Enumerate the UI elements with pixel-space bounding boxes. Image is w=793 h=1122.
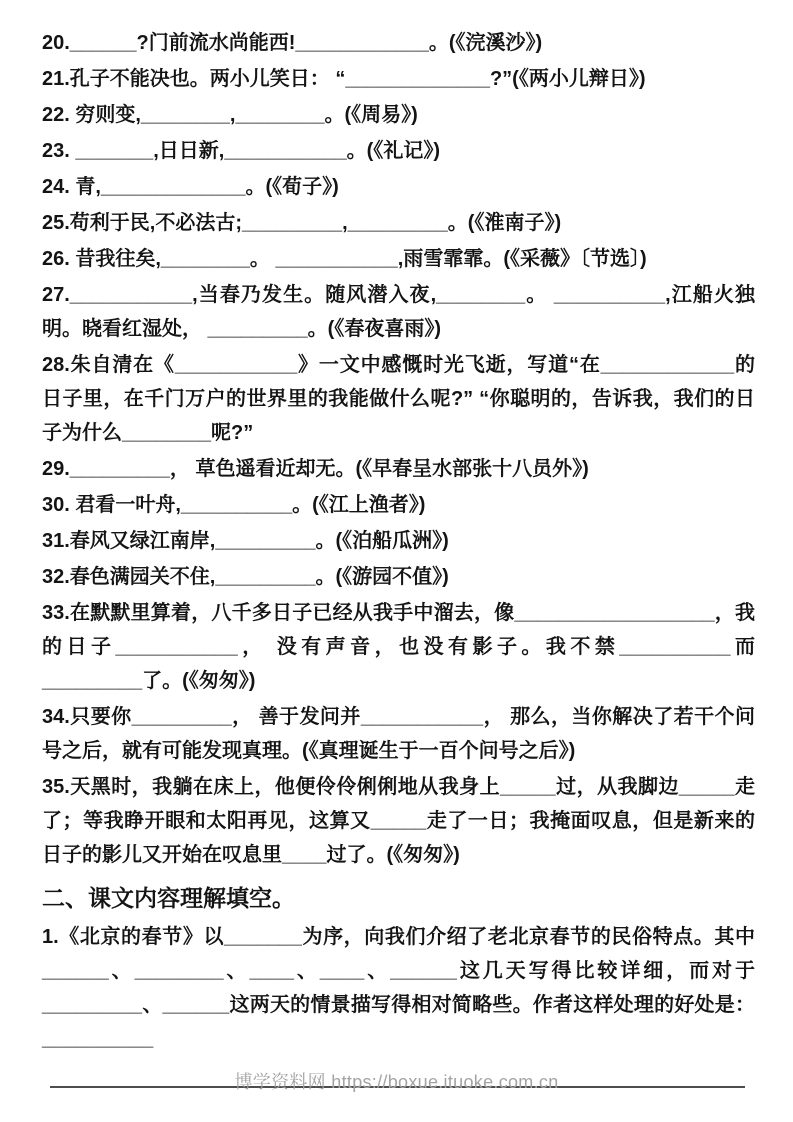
question-34: 34.只要你_________， 善于发问并___________， 那么，当你… xyxy=(42,700,755,768)
question-35: 35.天黑时，我躺在床上，他便伶伶俐俐地从我身上_____过，从我脚边_____… xyxy=(42,770,755,872)
footer-watermark-text: 博学资料网 https://boxue.ituoke.com.cn xyxy=(234,1072,558,1092)
question-21: 21.孔子不能决也。两小儿笑日： “_____________?”(《两小儿辩日… xyxy=(42,62,755,96)
section-two-heading: 二、课文内容理解填空。 xyxy=(42,880,755,916)
question-25: 25.苟利于民,不必法古;_________,_________。(《淮南子》) xyxy=(42,206,755,240)
question-20: 20.______?门前流水尚能西!____________。(《浣溪沙》) xyxy=(42,26,755,60)
page-footer: 博学资料网 https://boxue.ituoke.com.cn xyxy=(0,1068,793,1094)
question-28: 28.朱自清在《___________》一文中感慨时光飞逝，写道“在______… xyxy=(42,348,755,450)
question-31: 31.春风又绿江南岸,_________。(《泊船瓜洲》) xyxy=(42,524,755,558)
question-24: 24. 青,_____________。(《荀子》) xyxy=(42,170,755,204)
question-29: 29._________， 草色遥看近却无。(《早春呈水部张十八员外》) xyxy=(42,452,755,486)
question-27: 27.___________,当春乃发生。随风潜入夜,________。 ___… xyxy=(42,278,755,346)
question-30: 30. 君看一叶舟,__________。(《江上渔者》) xyxy=(42,488,755,522)
question-33: 33.在默默里算着，八千多日子已经从我手中溜去，像_______________… xyxy=(42,596,755,698)
worksheet-content: 20.______?门前流水尚能西!____________。(《浣溪沙》) 2… xyxy=(0,0,793,1088)
question-26: 26. 昔我往矣,________。 ___________,雨雪霏霏。(《采薇… xyxy=(42,242,755,276)
section-two-question-1: 1.《北京的春节》以_______为序，向我们介绍了老北京春节的民俗特点。其中_… xyxy=(42,920,755,1056)
question-32: 32.春色满园关不住,_________。(《游园不值》) xyxy=(42,560,755,594)
worksheet-page: 20.______?门前流水尚能西!____________。(《浣溪沙》) 2… xyxy=(0,0,793,1122)
question-22: 22. 穷则变,________,________。(《周易》) xyxy=(42,98,755,132)
question-23: 23. _______,日日新,___________。(《礼记》) xyxy=(42,134,755,168)
